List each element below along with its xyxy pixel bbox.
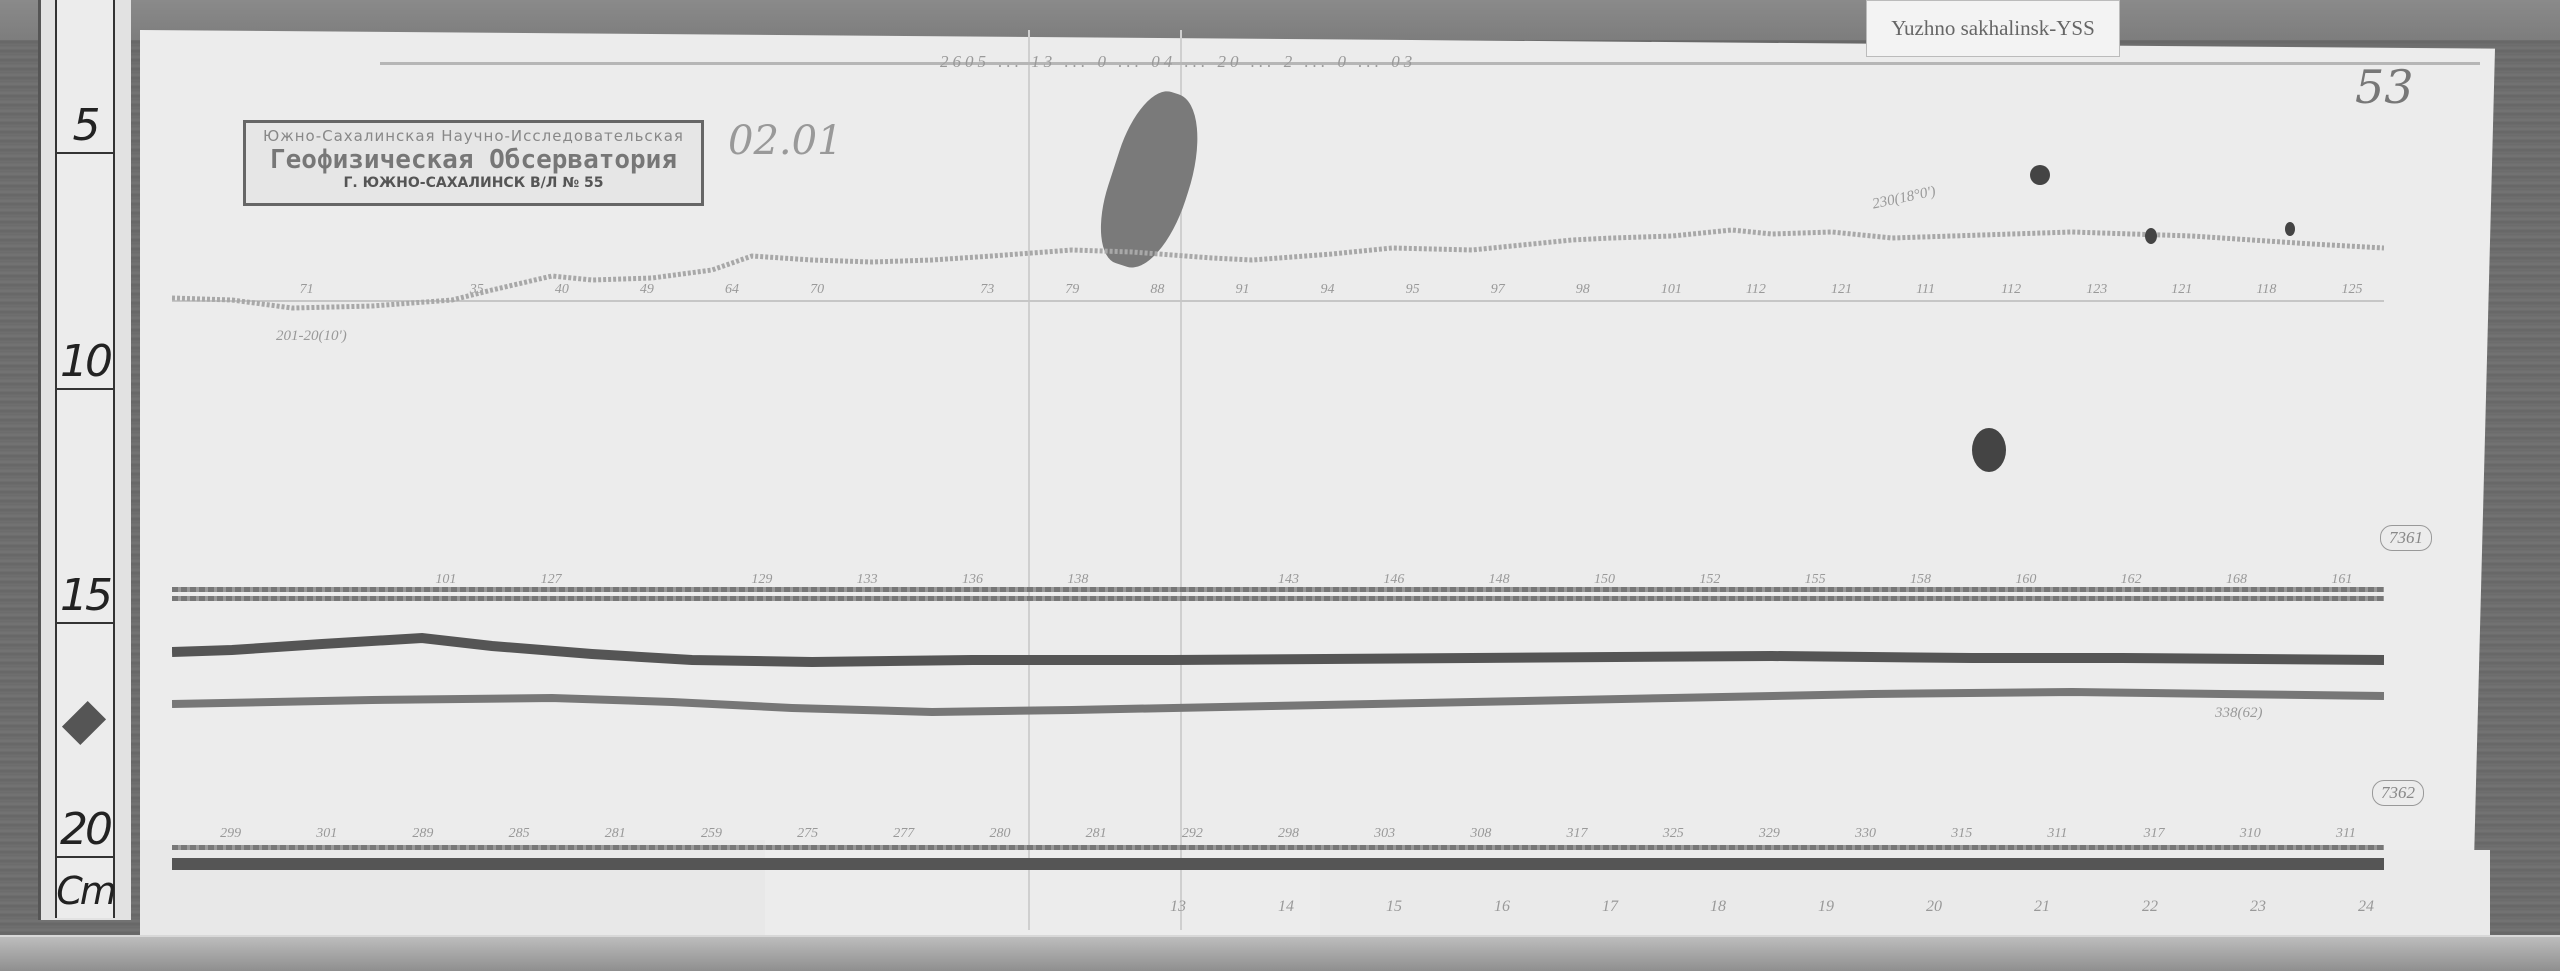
- fold-crease: [1028, 30, 1030, 930]
- stamp-line-1: Южно-Сахалинская Научно-Исследовательска…: [246, 127, 701, 145]
- note-middle: 338(62): [2215, 705, 2263, 722]
- bottom-hour-label: 20: [1926, 898, 1942, 916]
- lower-hour-label: 281: [605, 826, 626, 842]
- middle-hour-label: 146: [1383, 572, 1404, 588]
- bottom-hour-label: 16: [1494, 898, 1510, 916]
- lower-hour-label: 292: [1182, 826, 1203, 842]
- middle-hour-label: 160: [2015, 572, 2036, 588]
- bottom-hour-scale: 131415161718192021222324: [172, 898, 2384, 918]
- lower-hour-label: 301: [316, 826, 337, 842]
- lower-hour-label: 310: [2240, 826, 2261, 842]
- upper-trace: [172, 220, 2384, 320]
- ruler-unit: Cm: [56, 872, 114, 910]
- lower-hour-label: 330: [1855, 826, 1876, 842]
- lower-hour-label: 281: [1086, 826, 1107, 842]
- lower-trace-band: [172, 858, 2384, 870]
- frame-bottom-edge: [0, 935, 2560, 971]
- middle-hour-label: 138: [1067, 572, 1088, 588]
- bottom-hour-label: 17: [1602, 898, 1618, 916]
- lower-hour-labels: 2993012892852812592752772802812922983033…: [172, 826, 2384, 846]
- ruler-mark-15: 15: [60, 574, 110, 618]
- circled-number-lower: 7362: [2372, 780, 2424, 806]
- lower-hour-label: 275: [797, 826, 818, 842]
- lower-hour-label: 325: [1663, 826, 1684, 842]
- middle-hour-label: 152: [1699, 572, 1720, 588]
- middle-hour-label: 101: [435, 572, 456, 588]
- middle-hour-label: 158: [1910, 572, 1931, 588]
- middle-hour-label: 155: [1805, 572, 1826, 588]
- observatory-stamp: Южно-Сахалинская Научно-Исследовательска…: [243, 120, 704, 206]
- stamp-line-2: Геофизическая Обсерватория: [246, 145, 701, 175]
- bottom-hour-label: 21: [2034, 898, 2050, 916]
- ruler-mark-10: 10: [60, 340, 110, 384]
- lower-hour-label: 303: [1374, 826, 1395, 842]
- note-left: 201-20(10'): [276, 328, 347, 345]
- ruler-mark-5: 5: [73, 104, 98, 148]
- lower-hour-label: 280: [989, 826, 1010, 842]
- cm-ruler: 5 10 15 20 Cm: [38, 0, 131, 920]
- lower-hour-label: 289: [412, 826, 433, 842]
- middle-hour-label: 161: [2331, 572, 2352, 588]
- lower-hour-label: 277: [893, 826, 914, 842]
- middle-hour-label: 143: [1278, 572, 1299, 588]
- middle-hour-label: 133: [857, 572, 878, 588]
- circled-number-upper: 7361: [2380, 525, 2432, 551]
- stamp-line-3: Г. ЮЖНО-САХАЛИНСК В/Л № 55: [246, 175, 701, 191]
- bottom-hour-label: 23: [2250, 898, 2266, 916]
- bottom-hour-label: 24: [2358, 898, 2374, 916]
- stain-spot: [2145, 228, 2157, 244]
- date-note: 02.01: [728, 118, 843, 164]
- header-code: 2605 ... 13 ... 0 ... 04 ... 20 ... 2 ..…: [940, 52, 1416, 72]
- lower-hour-label: 285: [509, 826, 530, 842]
- stain-spot: [2285, 222, 2295, 236]
- bottom-hour-label: 13: [1170, 898, 1186, 916]
- page-number: 53: [2355, 60, 2414, 114]
- stain-spot: [1972, 428, 2006, 472]
- bottom-hour-label: 22: [2142, 898, 2158, 916]
- lower-hour-label: 317: [2144, 826, 2165, 842]
- lower-hour-label: 315: [1951, 826, 1972, 842]
- time-mark-line: [172, 596, 2384, 601]
- middle-hour-label: 168: [2226, 572, 2247, 588]
- bottom-hour-label: 18: [1710, 898, 1726, 916]
- header-line: [380, 62, 2480, 65]
- bottom-hour-label: 15: [1386, 898, 1402, 916]
- bottom-hour-label: 19: [1818, 898, 1834, 916]
- middle-hour-label: 136: [962, 572, 983, 588]
- lower-hour-label: 259: [701, 826, 722, 842]
- lower-hour-label: 311: [2336, 826, 2356, 842]
- archive-label: Yuzhno sakhalinsk-YSS: [1866, 0, 2120, 57]
- middle-hour-label: 162: [2121, 572, 2142, 588]
- middle-hour-label: 150: [1594, 572, 1615, 588]
- middle-hour-label: 148: [1489, 572, 1510, 588]
- lower-hour-label: 317: [1567, 826, 1588, 842]
- lower-hour-label: 298: [1278, 826, 1299, 842]
- middle-traces: [172, 620, 2384, 730]
- lower-hour-label: 329: [1759, 826, 1780, 842]
- ruler-mark-20: 20: [60, 808, 110, 852]
- stain-spot: [2030, 165, 2050, 185]
- bottom-hour-label: 14: [1278, 898, 1294, 916]
- middle-hour-label: 127: [541, 572, 562, 588]
- lower-hour-label: 308: [1470, 826, 1491, 842]
- lower-hour-label: 311: [2047, 826, 2067, 842]
- middle-hour-label: 129: [751, 572, 772, 588]
- middle-hour-labels: 1011271291331361381431461481501521551581…: [172, 572, 2384, 592]
- lower-hour-label: 299: [220, 826, 241, 842]
